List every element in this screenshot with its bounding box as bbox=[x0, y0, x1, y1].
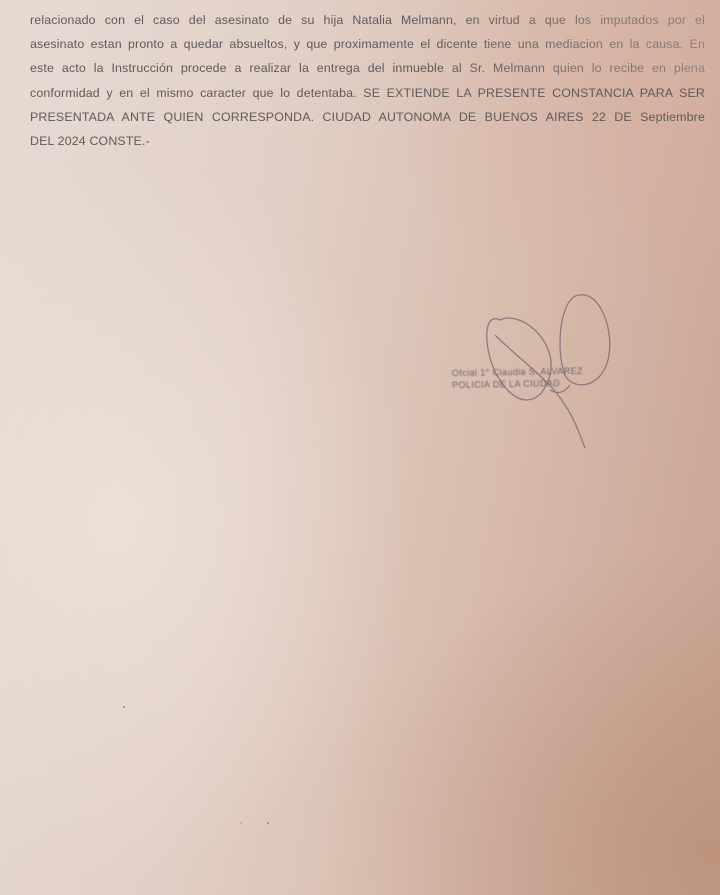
stamp-institution: POLICIA DE LA CIUDAD bbox=[452, 377, 583, 391]
document-page: relacionado con el caso del asesinato de… bbox=[0, 0, 720, 895]
text-line: asesinato estan pronto a quedar absuelto… bbox=[30, 32, 705, 56]
official-stamp: Ofcial 1° Claudia S. ALVAREZ POLICIA DE … bbox=[452, 365, 583, 391]
text-line: PRESENTADA ANTE QUIEN CORRESPONDA. CIUDA… bbox=[30, 105, 705, 129]
paper-speck bbox=[240, 822, 242, 824]
text-line: conformidad y en el mismo caracter que l… bbox=[30, 81, 705, 105]
text-line: este acto la Instrucción procede a reali… bbox=[30, 56, 705, 80]
text-line: relacionado con el caso del asesinato de… bbox=[30, 8, 705, 32]
paper-speck bbox=[267, 822, 269, 824]
paper-speck bbox=[123, 706, 125, 708]
text-line: DEL 2024 CONSTE.- bbox=[30, 129, 705, 153]
document-body-text: relacionado con el caso del asesinato de… bbox=[30, 8, 705, 153]
